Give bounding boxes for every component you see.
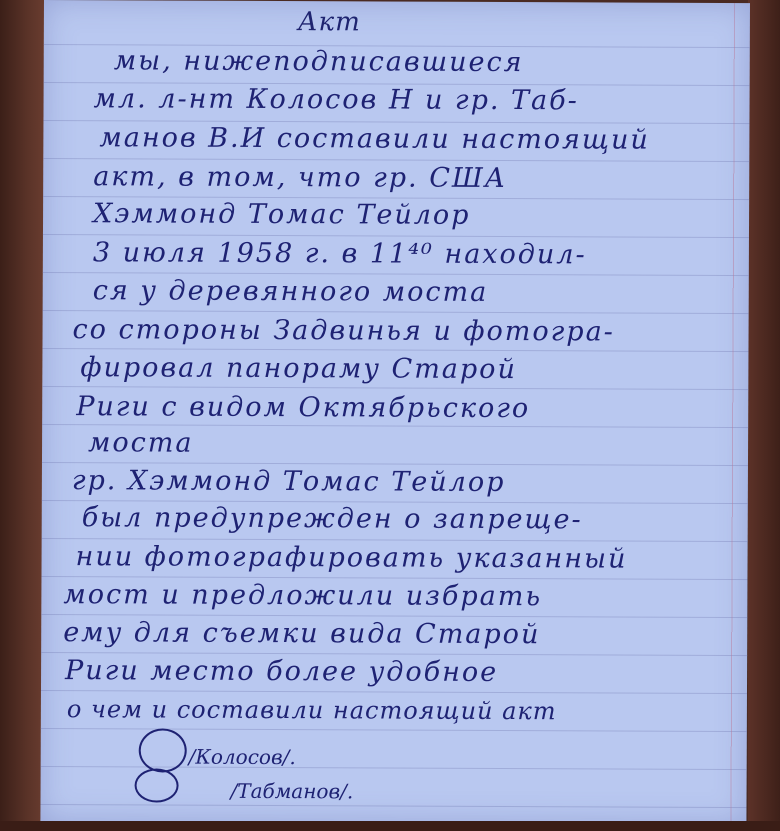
text-line: ему для съемки вида Старой bbox=[63, 616, 540, 652]
document-title: Акт bbox=[298, 7, 361, 37]
text-line: о чем и составили настоящий акт bbox=[67, 692, 557, 728]
text-line: 3 июля 1958 г. в 11⁴⁰ находил- bbox=[93, 236, 587, 272]
text-line: нии фотографировать указанный bbox=[75, 540, 627, 576]
text-line: мл. л-нт Колосов Н и гр. Таб- bbox=[93, 82, 578, 118]
signature-mark-2 bbox=[134, 768, 178, 802]
text-line: гр. Хэммонд Томас Тейлор bbox=[72, 464, 506, 500]
text-line: был предупрежден о запреще- bbox=[82, 501, 583, 537]
text-line: манов В.И составили настоящий bbox=[99, 121, 650, 157]
text-line: моста bbox=[88, 426, 194, 460]
photo-frame-bottom bbox=[0, 821, 780, 831]
signature-mark-1 bbox=[139, 728, 187, 772]
photo-frame-right bbox=[748, 0, 780, 831]
handwritten-document: Акт мы, нижеподписавшиеся мл. л-нт Колос… bbox=[40, 0, 750, 825]
text-line: Риги место более удобное bbox=[65, 654, 498, 690]
text-line: фировал панораму Старой bbox=[80, 351, 517, 387]
photo-frame-left bbox=[0, 0, 46, 831]
text-line: Риги с видом Октябрьского bbox=[76, 390, 530, 426]
text-line: акт, в том, что гр. США bbox=[93, 160, 507, 196]
text-line: мост и предложили избрать bbox=[63, 578, 542, 614]
text-line: со стороны Задвинья и фотогра- bbox=[72, 313, 614, 349]
text-line: Хэммонд Томас Тейлор bbox=[93, 197, 471, 233]
text-line: ся у деревянного моста bbox=[93, 274, 489, 310]
signature-name-1: /Колосов/. bbox=[189, 745, 296, 769]
text-line: мы, нижеподписавшиеся bbox=[114, 44, 524, 80]
signature-name-2: /Табманов/. bbox=[230, 779, 353, 804]
